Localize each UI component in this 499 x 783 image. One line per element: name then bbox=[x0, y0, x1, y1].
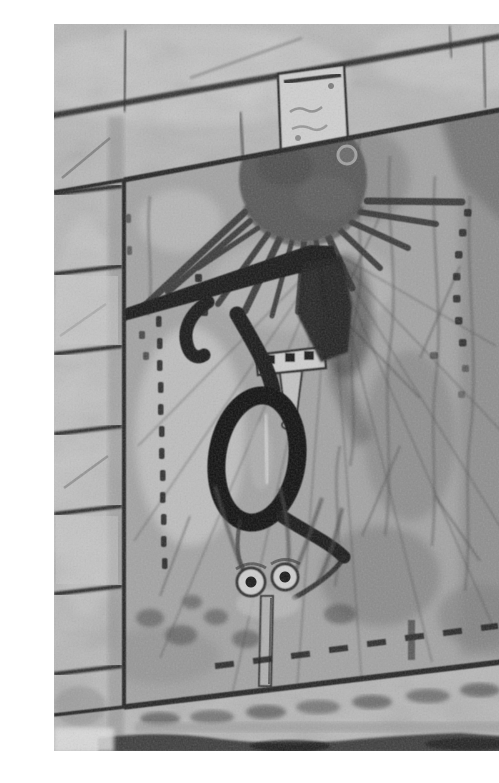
film-grain bbox=[54, 24, 499, 751]
photo-canvas bbox=[40, 16, 499, 767]
sundial-photograph bbox=[40, 16, 499, 767]
photo-area bbox=[40, 21, 499, 752]
